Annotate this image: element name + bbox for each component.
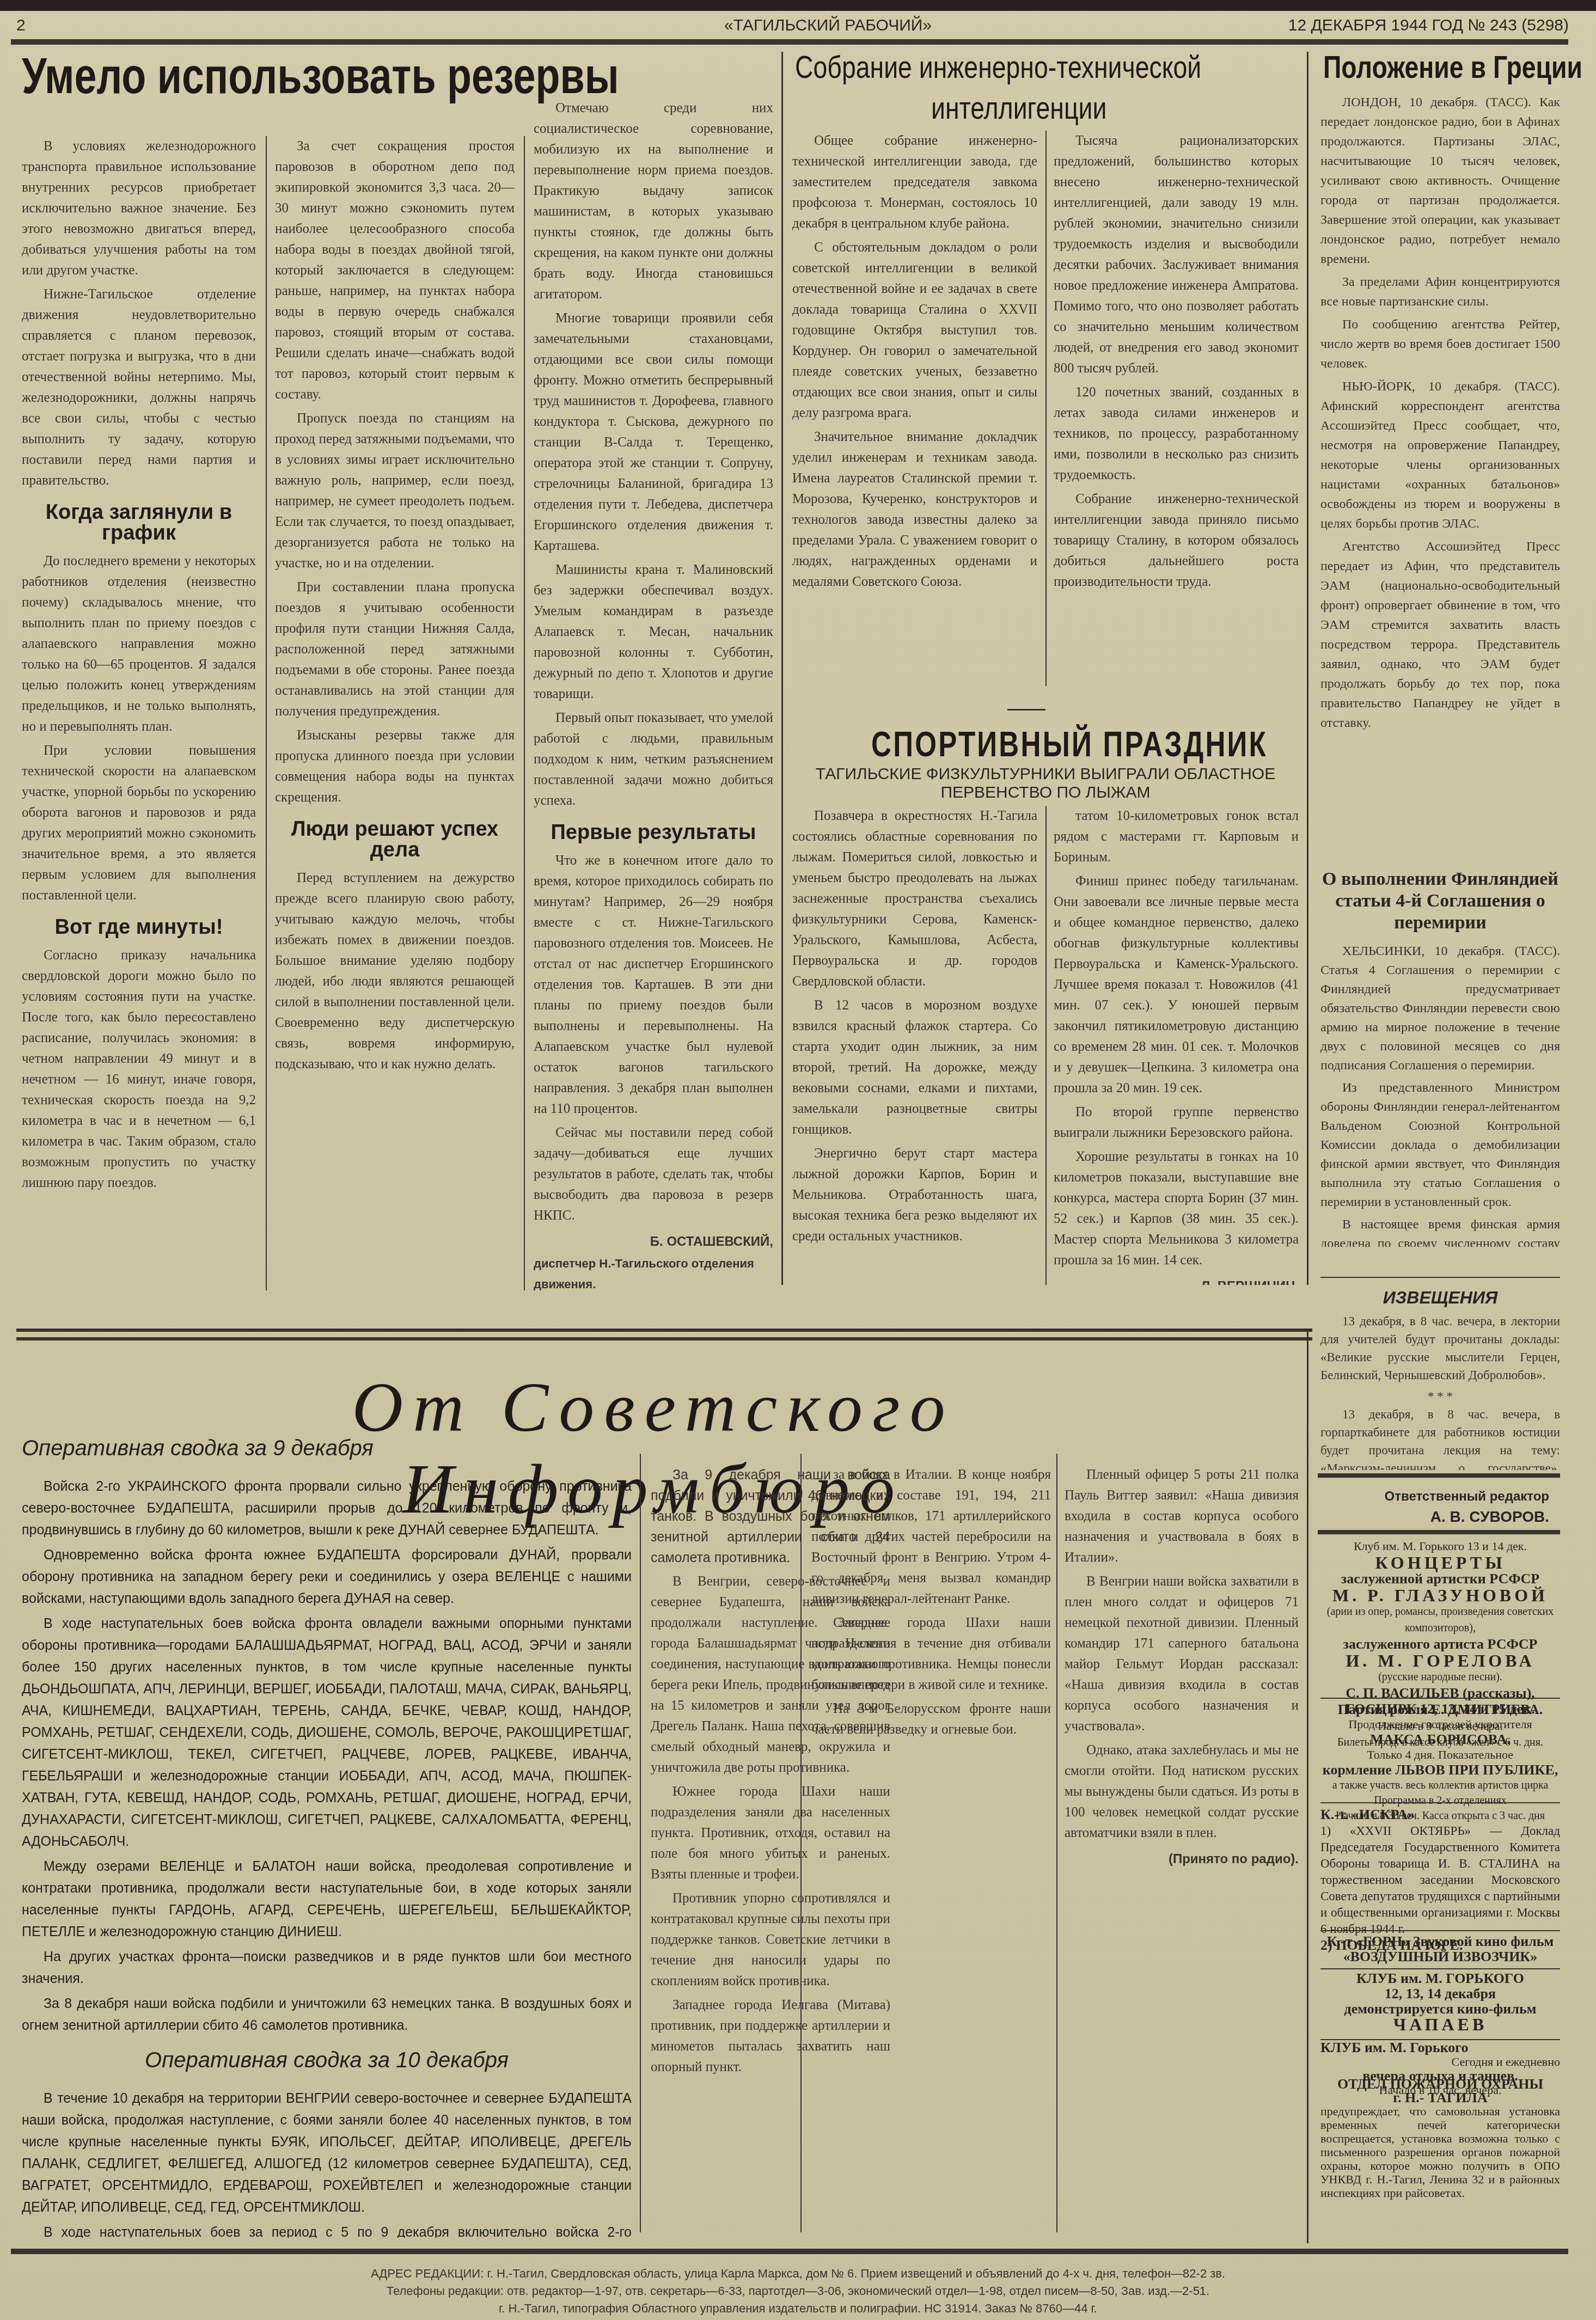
informburo-col-3: за в боях в Италии. В конце ноября дивиз… (811, 1465, 1051, 2238)
headline-greece: Положение в Греции (1323, 49, 1582, 85)
paragraph: Энергично берут старт мастера лыжной дор… (792, 1143, 1037, 1247)
reserves-col-2: За счет сокращения простоя паровозов в о… (275, 136, 515, 1290)
ad-line: Программа в 2-х отделениях (1320, 1793, 1560, 1808)
ad-line: а также участв. весь коллектив артистов … (1320, 1778, 1560, 1793)
paragraph: При составлении плана пропуска поездов я… (275, 577, 515, 722)
ad-line: Клуб им. М. Горького 13 и 14 дек. (1320, 1538, 1560, 1554)
column-divider (800, 1454, 802, 2232)
ad-line: (арии из опер, романсы, произведения сов… (1320, 1603, 1560, 1636)
paragraph: С обстоятельным докладом о роли советско… (792, 237, 1037, 424)
paragraph: за в боях в Италии. В конце ноября дивиз… (811, 1465, 1051, 1609)
ad-line: ОТДЕЛ ПОЖАРНОЙ ОХРАНЫ (1320, 2077, 1560, 2091)
scan-edge (0, 0, 1596, 11)
headline-engineers-1: Собрание инженерно-технической (795, 49, 1201, 85)
informburo-col-4: Пленный офицер 5 роты 211 полка Пауль Ви… (1065, 1465, 1299, 2238)
reserves-col-1: В условиях железнодорожного транспорта п… (22, 136, 256, 1290)
ad-line: предупреждает, что самовольная установка… (1320, 2104, 1560, 2200)
headline-finland: О выполнении Финляндией статьи 4-й Согла… (1320, 868, 1560, 934)
signature-ostashevsky: Б. ОСТАШЕВСКИЙ, (534, 1232, 773, 1252)
column-divider (781, 52, 783, 1285)
paragraph: Одновременно войска фронта южнее БУДАПЕШ… (22, 1544, 632, 1609)
signature-vershinin: Л. ВЕРШИНИН. (1054, 1276, 1299, 1285)
paragraph: ЛОНДОН, 10 декабря. (ТАСС). Как передает… (1320, 93, 1560, 269)
rule (1318, 1473, 1560, 1478)
ad-line: С. П. ВАСИЛЬЕВ (рассказы), (1320, 1685, 1560, 1701)
paragraph: При условии повышения технической скорос… (22, 740, 256, 906)
newspaper-page: 2 «ТАГИЛЬСКИЙ РАБОЧИЙ» 12 ДЕКАБРЯ 1944 Г… (0, 0, 1596, 2320)
rule (1320, 1968, 1560, 1969)
paragraph: НЬЮ-ЙОРК, 10 декабря. (ТАСС). Афинский к… (1320, 377, 1560, 534)
subhead-results: Первые результаты (534, 822, 773, 843)
paragraph: В условиях железнодорожного транспорта п… (22, 136, 256, 281)
subhead-people: Люди решают успех дела (275, 819, 515, 860)
paragraph: Агентство Ассошиэйтед Пресс передает из … (1320, 537, 1560, 733)
ad-line: 1) «XXVII ОКТЯБРЬ» — Доклад Председателя… (1320, 1823, 1560, 1937)
paragraph: Хорошие результаты в гонках на 10 киломе… (1054, 1147, 1299, 1271)
ad-line: 12, 13, 14 декабря (1320, 1986, 1560, 2001)
ad-line: Продолжение гастролей укротителя (1320, 1717, 1560, 1732)
paragraph: 120 почетных званий, созданных в летах з… (1054, 382, 1299, 486)
notices-title: ИЗВЕЩЕНИЯ (1320, 1288, 1560, 1308)
paragraph: За пределами Афин концентрируются все но… (1320, 272, 1560, 311)
editor-name: А. В. СУВОРОВ. (1320, 1508, 1549, 1526)
paragraph: Нижне-Тагильское отделение движения неуд… (22, 284, 256, 491)
ad-line: КЛУБ им. М. ГОРЬКОГО (1320, 1971, 1560, 1986)
sport-col-1: Позавчера в окрестностях Н.-Тагила состо… (792, 806, 1037, 1285)
ad-line: заслуженной артистки РСФСР (1320, 1571, 1560, 1587)
ad-line: КЛУБ им. М. Горького (1320, 2041, 1560, 2055)
column-divider (524, 136, 525, 1290)
issue-date: 12 ДЕКАБРЯ 1944 ГОД № 243 (5298) (1288, 16, 1569, 35)
paragraph: Первый опыт показывает, что умелой работ… (534, 708, 773, 811)
engineers-col-2: Тысяча рационализаторских предложений, б… (1054, 131, 1299, 686)
paragraph: Общее собрание инженерно-технической инт… (792, 131, 1037, 234)
notice-item: 13 декабря, в 8 час. вечера, в лектории … (1320, 1312, 1560, 1384)
paragraph: Машинисты крана т. Малиновский без задер… (534, 560, 773, 705)
footer-phones: Телефоны редакции: отв. редактор—1-97, о… (0, 2282, 1596, 2300)
paragraph: Тысяча рационализаторских предложений, б… (1054, 131, 1299, 379)
ad-line: Сегодня и ежедневно (1320, 2055, 1560, 2069)
paragraph: В настоящее время финская армия доведена… (1320, 1215, 1560, 1247)
column-divider (640, 1454, 641, 2232)
ad-circus: ГОСЦИРК 12, 13, 14 и 15 дек. Продолжение… (1320, 1701, 1560, 1823)
finland-col: ХЕЛЬСИНКИ, 10 декабря. (ТАСС). Статья 4 … (1320, 942, 1560, 1247)
ad-iskra: К.-т. «ИСКРА» 1) «XXVII ОКТЯБРЬ» — Докла… (1320, 1807, 1560, 1954)
masthead-rule (11, 39, 1568, 45)
paragraph: Многие товарищи проявили себя замечатель… (534, 308, 773, 556)
paragraph: ХЕЛЬСИНКИ, 10 декабря. (ТАСС). Статья 4 … (1320, 942, 1560, 1075)
headline-engineers-2: интеллигенции (931, 90, 1106, 126)
paragraph: Севернее города Шахи наши подразделения … (811, 1613, 1051, 1695)
signature-role: диспетчер Н.-Тагильского отделения движе… (534, 1253, 773, 1290)
paragraph: Финиш принес победу тагильчанам. Они зав… (1054, 871, 1299, 1099)
column-divider (266, 136, 267, 1290)
paragraph: В 12 часов в морозном воздухе взвился кр… (792, 995, 1037, 1140)
greece-col: ЛОНДОН, 10 декабря. (ТАСС). Как передает… (1320, 93, 1560, 855)
short-rule (1007, 709, 1045, 711)
ad-line: Только 4 дня. Показательное (1320, 1747, 1560, 1762)
ad-line: К.-т «ГОРН» Звуковой кино фильм (1320, 1934, 1560, 1949)
headline-reserves: Умело использовать резервы (22, 48, 619, 105)
rule (1320, 1698, 1560, 1699)
paragraph: Согласно приказу начальника свердловской… (22, 945, 256, 1193)
ad-chapaev: КЛУБ им. М. ГОРЬКОГО 12, 13, 14 декабря … (1320, 1971, 1560, 2032)
ad-line: кормление ЛЬВОВ ПРИ ПУБЛИКЕ, (1320, 1762, 1560, 1778)
ad-gorn: К.-т «ГОРН» Звуковой кино фильм «ВОЗДУШН… (1320, 1934, 1560, 1964)
paragraph: По сообщению агентства Рейтер, число жер… (1320, 315, 1560, 374)
ad-fire-department: ОТДЕЛ ПОЖАРНОЙ ОХРАНЫ г. Н.- ТАГИЛА пред… (1320, 2077, 1560, 2200)
ad-line: К.-т. «ИСКРА» (1320, 1807, 1560, 1823)
footer-rule (11, 2249, 1568, 2254)
subhead-grafik: Когда заглянули в график (22, 502, 256, 543)
column-divider (1056, 1454, 1057, 2232)
ad-line: «ВОЗДУШНЫЙ ИЗВОЗЧИК» (1320, 1949, 1560, 1964)
ad-line: И. М. ГОРЕЛОВА (1320, 1652, 1560, 1669)
sport-col-2: татом 10-километровых гонок встал рядом … (1054, 806, 1299, 1285)
subheadline-line: ТАГИЛЬСКИЕ ФИЗКУЛЬТУРНИКИ ВЫИГРАЛИ ОБЛАС… (792, 765, 1299, 783)
paragraph: Сейчас мы поставили перед собой задачу—д… (534, 1123, 773, 1226)
column-divider (1045, 806, 1047, 1285)
paragraph: Из представленного Министром обороны Фин… (1320, 1079, 1560, 1212)
paragraph: Однако, атака захлебнулась и мы не смогл… (1065, 1740, 1299, 1844)
paragraph: Войска 2-го УКРАИНСКОГО фронта прорвали … (22, 1476, 632, 1541)
footer-address: АДРЕС РЕДАКЦИИ: г. Н.-Тагил, Свердловска… (0, 2265, 1596, 2282)
subhead-minutes: Вот где минуты! (22, 917, 256, 938)
ad-line: (русские народные песни). (1320, 1669, 1560, 1685)
paragraph: Собрание инженерно-технической интеллиге… (1054, 489, 1299, 592)
paragraph: Пленный офицер 5 роты 211 полка Пауль Ви… (1065, 1465, 1299, 1568)
paragraph: Отмечаю среди них социалистическое сорев… (534, 98, 773, 305)
rule (1320, 1930, 1560, 1931)
ad-line: г. Н.- ТАГИЛА (1320, 2091, 1560, 2104)
rule (1320, 1802, 1560, 1803)
column-divider (1045, 131, 1047, 686)
editor-label: Ответственный редактор (1320, 1489, 1549, 1504)
ad-line: МАКСА БОРИСОВА. (1320, 1732, 1560, 1747)
paragraph: По второй группе первенство выиграли лыж… (1054, 1102, 1299, 1143)
paragraph: В течение 10 декабря на территории ВЕНГР… (22, 2088, 632, 2218)
ad-line: КОНЦЕРТЫ (1320, 1554, 1560, 1571)
paragraph: татом 10-километровых гонок встал рядом … (1054, 806, 1299, 868)
paragraph: За счет сокращения простоя паровозов в о… (275, 136, 515, 405)
svodka-title: Оперативная сводка за 10 декабря (22, 2049, 632, 2071)
paragraph: Что же в конечном итоге дало то время, к… (534, 850, 773, 1119)
paragraph: Между озерами ВЕЛЕНЦЕ и БАЛАТОН наши вой… (22, 1856, 632, 1943)
paragraph: Изысканы резервы также для пропуска длин… (275, 725, 515, 808)
notices-col: 13 декабря, в 8 час. вечера, в лектории … (1320, 1312, 1560, 1470)
paragraph: За 8 декабря наши войска подбили и уничт… (22, 1993, 632, 2036)
notice-item: 13 декабря, в 8 час. вечера, в горпартка… (1320, 1405, 1560, 1470)
paragraph: Пропуск поезда по станциям на проход пер… (275, 408, 515, 574)
engineers-col-1: Общее собрание инженерно-технической инт… (792, 131, 1037, 686)
footer-printing: г. Н.-Тагил, типография Областного управ… (0, 2300, 1596, 2317)
rule (1318, 1530, 1560, 1534)
column-divider (1307, 1329, 1308, 2243)
paragraph: Позавчера в окрестностях Н.-Тагила состо… (792, 806, 1037, 992)
section-rule (16, 1329, 1312, 1332)
radio-note: (Принято по радио). (1065, 1849, 1299, 1870)
newspaper-title: «ТАГИЛЬСКИЙ РАБОЧИЙ» (724, 16, 932, 35)
paragraph: Значительное внимание докладчик уделил и… (792, 427, 1037, 592)
footer: АДРЕС РЕДАКЦИИ: г. Н.-Тагил, Свердловска… (0, 2265, 1596, 2317)
paragraph: В ходе наступательных боев войска фронта… (22, 1613, 632, 1852)
subheadline-sport: ТАГИЛЬСКИЕ ФИЗКУЛЬТУРНИКИ ВЫИГРАЛИ ОБЛАС… (792, 765, 1299, 802)
subheadline-line: ПЕРВЕНСТВО ПО ЛЫЖАМ (792, 783, 1299, 802)
headline-sport: СПОРТИВНЫЙ ПРАЗДНИК (871, 724, 1268, 764)
reserves-col-3: Отмечаю среди них социалистическое сорев… (534, 98, 773, 1290)
page-number: 2 (16, 16, 26, 35)
ad-line: М. Р. ГЛАЗУНОВОЙ (1320, 1587, 1560, 1603)
section-rule (16, 1337, 1312, 1340)
informburo-col-1: Оперативная сводка за 9 декабря Войска 2… (22, 1437, 632, 2238)
paragraph: До последнего времени у некоторых работн… (22, 551, 256, 737)
masthead: 2 «ТАГИЛЬСКИЙ РАБОЧИЙ» 12 ДЕКАБРЯ 1944 Г… (16, 16, 1580, 38)
notice-separator: * * * (1320, 1387, 1560, 1405)
paragraph: Перед вступлением на дежурство прежде вс… (275, 868, 515, 1075)
svodka-title: Оперативная сводка за 9 декабря (22, 1437, 632, 1459)
paragraph: В ходе наступательных боев за период с 5… (22, 2221, 632, 2238)
column-divider (1307, 52, 1308, 1285)
ad-line: заслуженного артиста РСФСР (1320, 1636, 1560, 1652)
paragraph: В Венгрии наши войска захватили в плен м… (1065, 1571, 1299, 1737)
rule (1320, 1277, 1560, 1278)
paragraph: На других участках фронта—поиски разведч… (22, 1946, 632, 1990)
ad-line: ГОСЦИРК 12, 13, 14 и 15 дек. (1320, 1701, 1560, 1717)
paragraph: На 3-м Белорусском фронте наши части вел… (811, 1699, 1051, 1740)
